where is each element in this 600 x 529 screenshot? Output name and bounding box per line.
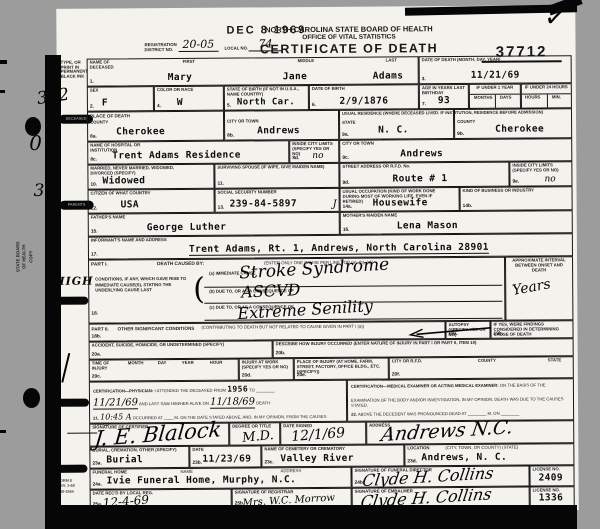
field-label: CITY OR TOWN bbox=[342, 142, 374, 147]
field-injury-at-work: INJURY AT WORK (SPECIFY YES OR NO) 20d. bbox=[239, 358, 294, 380]
field-label: DATE bbox=[192, 447, 258, 452]
part1-label: PART I. bbox=[91, 262, 108, 267]
injury-state-label: STATE bbox=[548, 358, 561, 363]
col-header-month: MONTH bbox=[128, 361, 144, 366]
scanned-death-certificate: { "scan": { "stamp_date": "DEC 8 1969", … bbox=[0, 0, 600, 529]
field-burial-date: DATE 23b. 11/23/69 bbox=[189, 445, 261, 468]
subfield-label: MONTHS bbox=[474, 96, 493, 101]
handwritten-cause-a: Stroke Syndrome bbox=[239, 255, 390, 284]
field-number: 23a. bbox=[92, 462, 101, 467]
field-place-of-death-county: PLACE OF DEATH COUNTY 8a. Cherokee bbox=[87, 111, 224, 142]
field-label: IF UNDER 24 HOURS bbox=[524, 85, 569, 90]
typed-value: W bbox=[177, 97, 183, 108]
cert-text: EXAMINATION OF THE BODY AND/OR INVESTIGA… bbox=[351, 396, 564, 407]
field-number: 12. bbox=[91, 207, 98, 212]
last-name-header: LAST bbox=[386, 58, 397, 63]
field-number: 18b. bbox=[92, 335, 102, 340]
copy-designation: STATE BOARD OF HEALTH COPY bbox=[15, 222, 35, 292]
field-label: SURVIVING SPOUSE (IF WIFE, GIVE MAIDEN N… bbox=[217, 165, 336, 171]
field-number: 8c. bbox=[90, 158, 97, 163]
field-cemetery: NAME OF CEMETERY OR CREMATORY 23c. Valle… bbox=[261, 444, 404, 467]
physician-cert-line2: 11/21/69 AND LAST SAW HIM/HER ALIVE ON 1… bbox=[93, 396, 344, 409]
handwritten-value: no bbox=[312, 151, 323, 161]
typed-value: 2409 bbox=[539, 472, 564, 483]
field-accident-suicide-homicide: ACCIDENT, SUICIDE, HOMICIDE, OR UNDETERM… bbox=[89, 340, 273, 359]
field-number: 23b. bbox=[192, 461, 202, 466]
typed-value: Route # 1 bbox=[392, 173, 447, 184]
typed-value: N. C. bbox=[378, 124, 409, 135]
typed-value: Mary bbox=[168, 72, 193, 83]
typed-value: North Car. bbox=[237, 97, 295, 107]
field-number: 20a. bbox=[92, 353, 101, 358]
cert-text: I ATTENDED THE DECEASED FROM bbox=[155, 388, 227, 393]
field-sex: SEX 2. F bbox=[87, 86, 154, 111]
handwritten-value: no bbox=[544, 174, 555, 184]
cert-text: ON THE BASIS OF THE bbox=[500, 382, 546, 387]
field-number: 8d. bbox=[292, 156, 299, 161]
registration-district-value: 20-05 bbox=[178, 38, 218, 52]
field-label: ACCIDENT, SUICIDE, HOMICIDE, OR UNDETERM… bbox=[92, 342, 270, 348]
col-header-hour: HOUR bbox=[210, 361, 223, 366]
subcell-divider bbox=[495, 95, 496, 108]
scan-edge-mark bbox=[0, 430, 6, 433]
certificate-title: CERTIFICATE OF DEATH bbox=[242, 41, 457, 57]
typed-value: Valley River bbox=[280, 453, 354, 465]
field-time-of-injury: TIME OF INJURY MONTH DAY YEAR HOUR 20c. bbox=[89, 359, 239, 382]
field-number: 14a. bbox=[343, 205, 352, 210]
field-number: 20d. bbox=[242, 373, 252, 378]
part2-note: (CONTRIBUTING TO DEATH BUT NOT RELATED T… bbox=[201, 325, 364, 331]
field-signature-of-certifier: SIGNATURE OF CERTIFIER J. E. Blalock bbox=[89, 423, 229, 447]
field-label: STATE bbox=[342, 121, 355, 126]
part2-title: OTHER SIGNIFICANT CONDITIONS bbox=[117, 326, 194, 332]
hole-punch bbox=[25, 117, 41, 136]
field-label: DATE OF BIRTH bbox=[312, 86, 416, 92]
field-street-address: STREET ADDRESS OR R.F.D. No. 9d. Route #… bbox=[339, 162, 509, 188]
typed-value: Trent Adams, Rt. 1, Andrews, North Carol… bbox=[189, 242, 489, 256]
first-name-header: FIRST bbox=[183, 60, 195, 65]
physician-cert-title: CERTIFICATION—PHYSICIAN: bbox=[93, 388, 153, 393]
field-autopsy-findings: IF YES, WERE FINDINGS CONSIDERED IN DETE… bbox=[490, 320, 573, 339]
field-injury-location: CITY OR R.F.D. COUNTY STATE 20f. bbox=[389, 356, 574, 379]
field-number: 20c. bbox=[92, 375, 101, 380]
field-name-of-deceased: NAME OF DECEASED 1. FIRST MIDDLE LAST Ma… bbox=[87, 56, 419, 86]
field-father-name: FATHER'S NAME 15. George Luther bbox=[88, 212, 340, 237]
group-label: PLACE OF DEATH bbox=[90, 113, 221, 119]
field-certifier-address: ADDRESS Andrews N.C. bbox=[366, 420, 574, 444]
cert-text: AND LAST SAW HIM/HER ALIVE ON bbox=[139, 401, 209, 406]
brace-glyph: ( bbox=[193, 272, 205, 307]
field-label: DATE OF DEATH (MONTH, DAY, YEAR) bbox=[422, 57, 569, 63]
field-marital-status: MARRIED, NEVER MARRIED, WIDOWED, DIVORCE… bbox=[87, 164, 214, 190]
field-label: COUNTY bbox=[457, 120, 475, 125]
typed-value: Cherokee bbox=[116, 126, 165, 137]
field-label: FATHER'S NAME bbox=[91, 214, 337, 221]
cert-text: DEATH bbox=[256, 400, 270, 405]
typed-value: Lena Mason bbox=[397, 220, 458, 231]
field-label: NAME OF DECEASED bbox=[90, 60, 122, 70]
field-number: 1. bbox=[90, 80, 94, 85]
field-residence-state: USUAL RESIDENCE (WHERE DECEASED LIVED. I… bbox=[339, 109, 454, 140]
field-label: IF YES, WERE FINDINGS CONSIDERED IN DETE… bbox=[493, 322, 570, 337]
field-label: LOCATION bbox=[407, 446, 429, 451]
field-funeral-home: FUNERAL HOME NAME ADDRESS 24a. Ivie Fune… bbox=[89, 467, 351, 490]
field-age: AGE IN YEARS LAST BIRTHDAY 7. 93 bbox=[419, 84, 469, 109]
field-if-under-24-hours: IF UNDER 24 HOURS HOURS MIN. bbox=[521, 83, 572, 108]
typed-value: Cherokee bbox=[495, 123, 544, 134]
field-number: 23d. bbox=[407, 459, 417, 464]
col-header-day: DAY bbox=[158, 361, 167, 366]
print-instruction: TYPE, OR PRINT IN PERMANENT BLACK INK bbox=[61, 61, 87, 80]
typed-value: Housewife bbox=[373, 197, 428, 208]
physician-cert-line1: CERTIFICATION—PHYSICIAN: I ATTENDED THE … bbox=[93, 384, 344, 396]
field-number: 9a. bbox=[342, 133, 349, 138]
typed-value: George Luther bbox=[147, 222, 227, 234]
field-number: 9b. bbox=[457, 132, 464, 137]
subcell-divider bbox=[546, 94, 547, 107]
field-label: SEX bbox=[90, 88, 151, 93]
typed-value: 1336 bbox=[539, 492, 564, 503]
field-number: 20e. bbox=[297, 373, 306, 378]
field-number: 5. bbox=[227, 104, 231, 109]
field-number: 23c. bbox=[264, 460, 273, 465]
field-label: DESCRIBE HOW INJURY OCCURRED (ENTER NATU… bbox=[276, 340, 571, 347]
field-date-of-death: DATE OF DEATH (MONTH, DAY, YEAR) 3. 11/2… bbox=[419, 55, 572, 84]
handwritten-arrow-mark bbox=[406, 325, 492, 340]
field-number: 15. bbox=[91, 230, 98, 235]
examiner-cert-line3: 22. ABOVE THE DECEDENT WAS PRONOUNCED DE… bbox=[351, 410, 571, 417]
typed-value: Andrews bbox=[257, 125, 300, 136]
field-label: INSIDE CITY LIMITS (SPECIFY YES OR NO) bbox=[512, 163, 569, 173]
field-surviving-spouse: SURVIVING SPOUSE (IF WIFE, GIVE MAIDEN N… bbox=[214, 163, 339, 189]
field-place-of-injury: PLACE OF INJURY (AT HOME, FARM, STREET, … bbox=[294, 358, 389, 381]
handwritten-cause-b: ASCVD bbox=[241, 280, 301, 301]
tab-blank-1 bbox=[56, 297, 88, 305]
field-interval-onset-death: APPROXIMATE INTERVAL BETWEEN ONSET AND D… bbox=[505, 256, 573, 320]
field-label: NAME OF CEMETERY OR CREMATORY bbox=[264, 446, 401, 452]
field-state-of-birth: STATE OF BIRTH (IF NOT IN U.S.A., NAME C… bbox=[224, 85, 309, 111]
typed-value: Trent Adams Residence bbox=[112, 150, 241, 162]
typed-value: Adams bbox=[373, 70, 404, 81]
handwritten-value: 11/21/69 bbox=[93, 397, 138, 409]
field-number: 24a. bbox=[93, 483, 102, 488]
field-residence-city: CITY OR TOWN 9c. Andrews bbox=[339, 138, 572, 163]
margin-slash-mark bbox=[61, 353, 70, 383]
cert-text: TO ________ bbox=[249, 387, 275, 392]
field-label: CITIZEN OF WHAT COUNTRY bbox=[91, 191, 212, 197]
typed-value: Ivie Funeral Home, Murphy, N.C. bbox=[107, 474, 297, 486]
field-label: MOTHER'S MAIDEN NAME bbox=[343, 212, 570, 219]
field-industry: KIND OF BUSINESS OR INDUSTRY 14b. bbox=[460, 186, 573, 211]
field-if-under-1-year: IF UNDER 1 YEAR MONTHS DAYS bbox=[469, 84, 521, 109]
examiner-cert-line1: CERTIFICATION—MEDICAL EXAMINER OR ACTING… bbox=[351, 382, 571, 389]
scan-edge-mark bbox=[0, 60, 7, 64]
handwritten-value: J bbox=[333, 199, 337, 210]
scan-left-black-strip bbox=[45, 55, 61, 529]
handwritten-value: Andrews N.C. bbox=[380, 416, 515, 446]
field-number: 8b. bbox=[227, 134, 234, 139]
field-number: 9d. bbox=[342, 181, 349, 186]
field-number: 11. bbox=[217, 182, 223, 187]
handwritten-value: M.D. bbox=[242, 428, 275, 446]
field-number: 20f. bbox=[392, 372, 400, 377]
field-number: 9c. bbox=[342, 156, 349, 161]
field-number: 19b. bbox=[494, 332, 504, 337]
field-funeral-director-signature: SIGNATURE OF FUNERAL DIRECTOR 24b. Clyde… bbox=[351, 466, 529, 488]
field-race: COLOR OR RACE 4. W bbox=[154, 86, 224, 111]
typed-value: Widowed bbox=[102, 175, 145, 186]
field-number: 21. bbox=[93, 416, 99, 421]
field-number: 4. bbox=[157, 104, 161, 109]
field-number: 16. bbox=[343, 228, 350, 233]
field-place-of-death-city: CITY OR TOWN 8b. Andrews bbox=[224, 110, 339, 141]
subfield-label: HOURS bbox=[525, 95, 541, 100]
registration-district-label: REGISTRATION DISTRICT NO. bbox=[144, 42, 178, 52]
field-number: 10. bbox=[90, 183, 97, 188]
field-label: KIND OF BUSINESS OR INDUSTRY bbox=[463, 188, 570, 194]
field-number: 13. bbox=[218, 206, 225, 211]
field-residence-county: COUNTY 9b. Cherokee bbox=[454, 108, 572, 139]
field-date-of-birth: DATE OF BIRTH 6. 2/9/1876 bbox=[309, 84, 419, 110]
field-label: INJURY AT WORK (SPECIFY YES OR NO) bbox=[242, 360, 291, 370]
scan-bottom-black-band bbox=[45, 505, 577, 529]
subcell-divider: HOURS MIN. bbox=[522, 93, 571, 107]
handwritten-value: 11/18/69 bbox=[210, 396, 255, 408]
col-header-year: YEAR bbox=[182, 361, 194, 366]
typed-value: 11/21/69 bbox=[420, 69, 571, 81]
conditions-note: CONDITIONS, IF ANY, WHICH GAVE RISE TO I… bbox=[95, 276, 195, 293]
field-citizen: CITIZEN OF WHAT COUNTRY 12. USA bbox=[88, 189, 215, 214]
field-degree-or-title: DEGREE OR TITLE M.D. bbox=[229, 422, 280, 445]
field-number: 18. bbox=[91, 312, 98, 317]
typed-value: 239-84-5897 bbox=[230, 198, 297, 209]
typed-value: Andrews bbox=[400, 148, 443, 159]
field-occupation: USUAL OCCUPATION (KIND OF WORK DONE DURI… bbox=[340, 187, 460, 212]
field-mother-name: MOTHER'S MAIDEN NAME 16. Lena Mason bbox=[340, 210, 573, 235]
field-res-inside-city-limits: INSIDE CITY LIMITS (SPECIFY YES OR NO) 9… bbox=[509, 161, 572, 186]
field-how-injury-occurred: DESCRIBE HOW INJURY OCCURRED (ENTER NATU… bbox=[273, 338, 574, 358]
field-number: 22. bbox=[351, 412, 357, 417]
field-label: STREET ADDRESS OR R.F.D. No. bbox=[342, 164, 506, 170]
hole-punch bbox=[23, 388, 40, 408]
subfield-label: MIN. bbox=[552, 95, 561, 100]
field-label: IF UNDER 1 YEAR bbox=[472, 86, 518, 91]
field-number: 14b. bbox=[463, 204, 473, 209]
typed-value: 11/23/69 bbox=[202, 453, 251, 464]
field-sublabel: (CITY, TOWN, OR COUNTY) (STATE) bbox=[445, 446, 518, 451]
field-number: 20b. bbox=[276, 351, 286, 356]
cert-text: ABOVE THE DECEDENT WAS PRONOUNCED DEAD A… bbox=[358, 411, 520, 417]
examiner-cert-line2: EXAMINATION OF THE BODY AND/OR INVESTIGA… bbox=[351, 396, 571, 408]
certificate-form: NAME OF DECEASED 1. FIRST MIDDLE LAST Ma… bbox=[87, 55, 575, 509]
field-informant: INFORMANT'S NAME AND ADDRESS 17. Trent A… bbox=[88, 233, 573, 259]
field-label: SOCIAL SECURITY NUMBER bbox=[218, 190, 337, 196]
handwritten-interval: Years bbox=[511, 276, 552, 299]
field-label: TIME OF INJURY bbox=[92, 361, 120, 371]
field-label: STATE OF BIRTH (IF NOT IN U.S.A., NAME C… bbox=[227, 87, 306, 97]
field-label: COLOR OR RACE bbox=[157, 88, 221, 93]
field-cause-of-death-part1: PART I. DEATH CAUSED BY: (ENTER ONLY ONE… bbox=[88, 257, 505, 324]
field-number: 8a. bbox=[90, 135, 97, 140]
field-label: PLACE OF INJURY (AT HOME, FARM, STREET, … bbox=[297, 360, 386, 375]
handwritten-value: 12/1/69 bbox=[291, 425, 346, 445]
field-embalmer-license-no: LICENSE NO. 1336 bbox=[530, 486, 575, 506]
field-label: APPROXIMATE INTERVAL BETWEEN ONSET AND D… bbox=[508, 258, 570, 273]
field-number: 2. bbox=[90, 105, 94, 110]
injury-county-label: COUNTY bbox=[478, 359, 496, 364]
typed-value: 1956 bbox=[227, 384, 248, 393]
certificate-paper: DEC 8 1969 REGISTRATION DISTRICT NO. 20-… bbox=[56, 5, 579, 514]
typed-value: 2/9/1876 bbox=[310, 95, 418, 107]
typed-value: Burial bbox=[106, 454, 143, 465]
typed-value: Andrews, N. C. bbox=[421, 452, 507, 464]
middle-name-header: MIDDLE bbox=[298, 59, 315, 64]
field-certification-medical-examiner: CERTIFICATION—MEDICAL EXAMINER OR ACTING… bbox=[347, 378, 574, 422]
subcell-divider: MONTHS DAYS bbox=[470, 94, 520, 108]
field-ssn: SOCIAL SECURITY NUMBER 13. 239-84-5897 J bbox=[215, 188, 340, 213]
field-label: COUNTY bbox=[90, 120, 108, 125]
field-pod-inside-city-limits: INSIDE CITY LIMITS (SPECIFY YES OR NO) 8… bbox=[289, 140, 339, 163]
field-number: 7. bbox=[422, 102, 426, 107]
injury-city-label: CITY OR R.F.D. bbox=[392, 359, 423, 364]
margin-number-3: 3 bbox=[33, 181, 44, 201]
examiner-cert-title: CERTIFICATION—MEDICAL EXAMINER OR ACTING… bbox=[351, 383, 499, 389]
part1-caused-by: DEATH CAUSED BY: bbox=[157, 262, 204, 268]
field-hospital-institution: NAME OF HOSPITAL OR INSTITUTION 8c. Tren… bbox=[87, 140, 289, 164]
scan-edge-mark bbox=[0, 90, 5, 93]
subfield-label: DAYS bbox=[500, 96, 512, 101]
typed-value: 93 bbox=[438, 95, 450, 106]
field-number: 9e. bbox=[512, 180, 519, 185]
handwritten-value: 10:45 A bbox=[100, 412, 131, 421]
typed-value: Jane bbox=[283, 71, 308, 82]
field-number: 17. bbox=[91, 253, 98, 258]
field-label: CITY OR TOWN bbox=[227, 119, 259, 124]
typed-value: USA bbox=[121, 199, 139, 210]
field-director-license-no: LICENSE NO. 2409 bbox=[529, 465, 574, 486]
part2-label: PART II. bbox=[91, 326, 108, 331]
typed-value: F bbox=[102, 97, 108, 108]
field-date-signed: DATE SIGNED 12/1/69 bbox=[280, 422, 366, 446]
